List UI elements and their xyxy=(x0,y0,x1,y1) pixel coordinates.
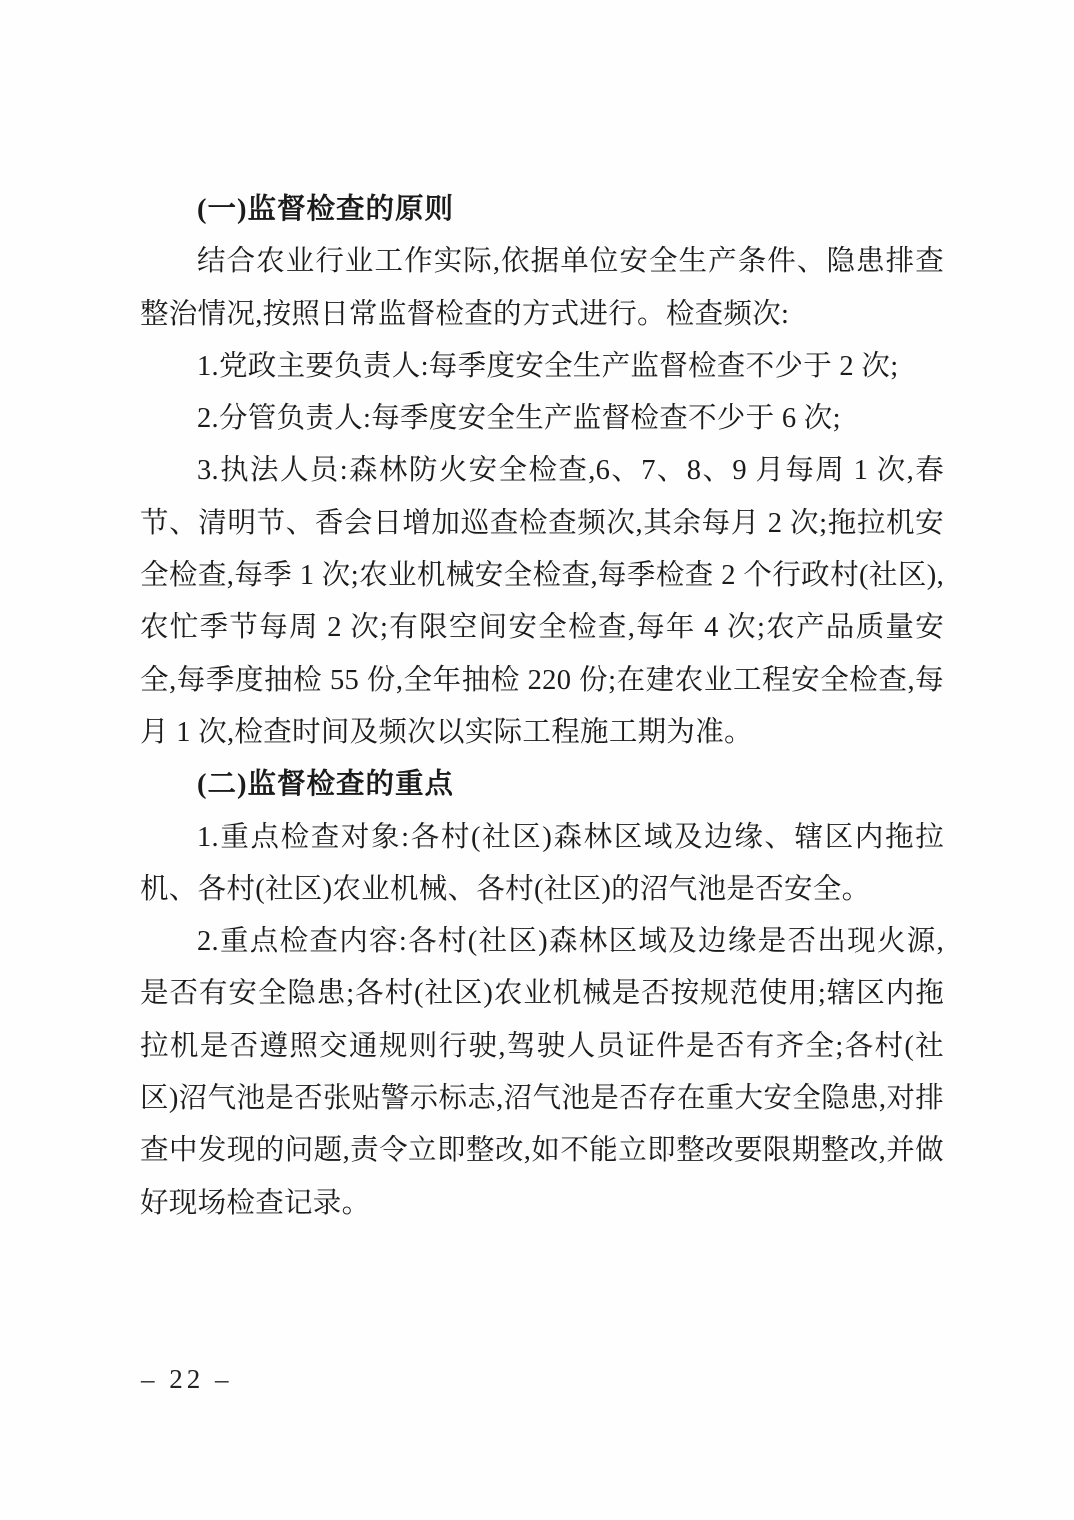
section-1-item-1: 1.党政主要负责人:每季度安全生产监督检查不少于 2 次; xyxy=(140,341,944,393)
document-page: (一)监督检查的原则 结合农业行业工作实际,依据单位安全生产条件、隐患排查整治情… xyxy=(0,0,1074,1520)
section-2-heading: (二)监督检查的重点 xyxy=(140,759,944,811)
section-2-item-2: 2.重点检查内容:各村(社区)森林区域及边缘是否出现火源,是否有安全隐患;各村(… xyxy=(140,916,944,1230)
section-1-heading: (一)监督检查的原则 xyxy=(140,184,944,236)
section-1-item-2: 2.分管负责人:每季度安全生产监督检查不少于 6 次; xyxy=(140,393,944,445)
page-number: – 22 – xyxy=(141,1362,233,1396)
document-body: (一)监督检查的原则 结合农业行业工作实际,依据单位安全生产条件、隐患排查整治情… xyxy=(140,184,944,1230)
section-1-item-3: 3.执法人员:森林防火安全检查,6、7、8、9 月每周 1 次,春节、清明节、香… xyxy=(140,445,944,759)
section-1-intro-paragraph: 结合农业行业工作实际,依据单位安全生产条件、隐患排查整治情况,按照日常监督检查的… xyxy=(140,236,944,341)
section-2-item-1: 1.重点检查对象:各村(社区)森林区域及边缘、辖区内拖拉机、各村(社区)农业机械… xyxy=(140,812,944,917)
